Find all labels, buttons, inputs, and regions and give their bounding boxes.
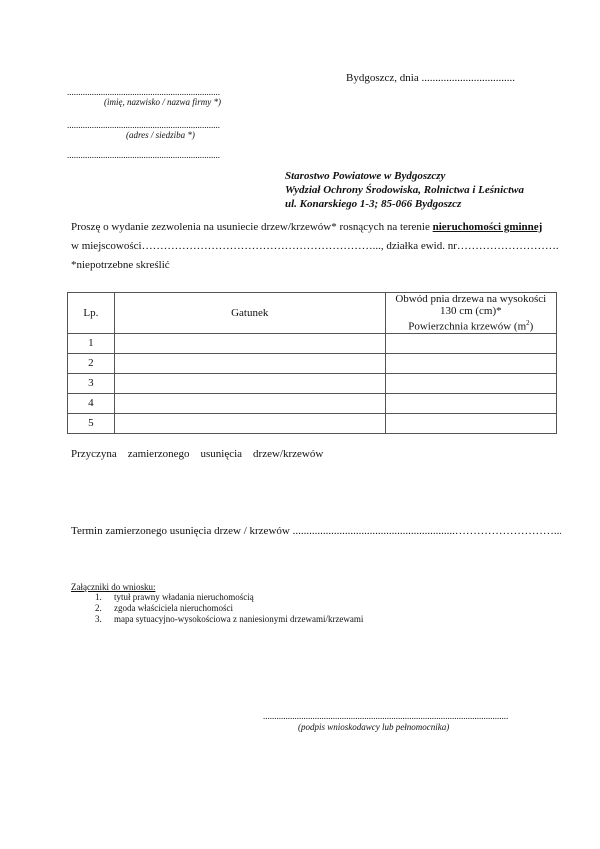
table-row: 2 xyxy=(68,353,557,373)
deadline-field[interactable]: ........................................… xyxy=(293,525,561,537)
trees-table: Lp. Gatunek Obwód pnia drzewa na wysokoś… xyxy=(67,292,557,434)
reason-field[interactable] xyxy=(71,465,557,515)
species-cell[interactable] xyxy=(114,373,385,393)
measure-cell[interactable] xyxy=(385,373,556,393)
row-number: 4 xyxy=(68,393,115,413)
request-text-main: Proszę o wydanie zezwolenia na usuniecie… xyxy=(71,221,433,233)
measure-header-text: Powierzchnia krzewów (m xyxy=(408,321,526,333)
footnote: *niepotrzebne skreślić xyxy=(71,259,170,271)
table-row: 3 xyxy=(68,373,557,393)
attachments-list: tytuł prawny władania nieruchomością zgo… xyxy=(88,592,363,625)
request-text: Proszę o wydanie zezwolenia na usuniecie… xyxy=(71,221,542,233)
table-header-row: Lp. Gatunek Obwód pnia drzewa na wysokoś… xyxy=(68,293,557,334)
applicant-name-line[interactable]: ........................................… xyxy=(67,88,247,97)
column-header-lp: Lp. xyxy=(68,293,115,334)
reason-label: Przyczyna zamierzonego usunięcia drzew/k… xyxy=(71,448,323,460)
attachment-item: zgoda właściciela nieruchomości xyxy=(104,603,363,614)
measure-cell[interactable] xyxy=(385,353,556,373)
recipient-name: Starostwo Powiatowe w Bydgoszczy xyxy=(285,169,524,183)
column-header-species: Gatunek xyxy=(114,293,385,334)
deadline-row: Termin zamierzonego usunięcia drzew / kr… xyxy=(71,525,561,537)
species-cell[interactable] xyxy=(114,353,385,373)
measure-cell[interactable] xyxy=(385,393,556,413)
species-cell[interactable] xyxy=(114,393,385,413)
species-cell[interactable] xyxy=(114,413,385,433)
applicant-address-line[interactable]: ........................................… xyxy=(67,121,247,130)
attachment-item: mapa sytuacyjno-wysokościowa z naniesion… xyxy=(104,614,363,625)
location-parcel-line[interactable]: w miejscowości………………………………………………………..., … xyxy=(71,240,559,252)
species-cell[interactable] xyxy=(114,333,385,353)
column-header-measure: Obwód pnia drzewa na wysokości 130 cm (c… xyxy=(385,293,556,334)
recipient-department: Wydział Ochrony Środowiska, Rolnictwa i … xyxy=(285,183,524,197)
measure-header-close: ) xyxy=(530,321,534,333)
table-row: 4 xyxy=(68,393,557,413)
recipient-block: Starostwo Powiatowe w Bydgoszczy Wydział… xyxy=(285,169,524,211)
row-number: 5 xyxy=(68,413,115,433)
signature-line[interactable]: ........................................… xyxy=(263,712,515,721)
request-emphasis: nieruchomości gminnej xyxy=(433,221,543,233)
row-number: 3 xyxy=(68,373,115,393)
table-row: 5 xyxy=(68,413,557,433)
applicant-name-caption: (imię, nazwisko / nazwa firmy *) xyxy=(104,97,221,107)
measure-header-line2: 130 cm (cm)* xyxy=(386,305,556,317)
row-number: 2 xyxy=(68,353,115,373)
measure-header-line3: Powierzchnia krzewów (m2) xyxy=(386,317,556,333)
measure-header-line1: Obwód pnia drzewa na wysokości xyxy=(386,293,556,305)
attachments-title: Załączniki do wniosku: xyxy=(71,582,155,592)
deadline-label: Termin zamierzonego usunięcia drzew / kr… xyxy=(71,525,293,537)
measure-cell[interactable] xyxy=(385,333,556,353)
applicant-address-caption: (adres / siedziba *) xyxy=(126,130,195,140)
row-number: 1 xyxy=(68,333,115,353)
measure-cell[interactable] xyxy=(385,413,556,433)
place-date-field[interactable]: Bydgoszcz, dnia ........................… xyxy=(346,72,515,84)
applicant-extra-line[interactable]: ........................................… xyxy=(67,151,247,160)
attachment-item: tytuł prawny władania nieruchomością xyxy=(104,592,363,603)
recipient-address: ul. Konarskiego 1-3; 85-066 Bydgoszcz xyxy=(285,197,524,211)
signature-caption: (podpis wnioskodawcy lub pełnomocnika) xyxy=(298,722,449,732)
table-row: 1 xyxy=(68,333,557,353)
